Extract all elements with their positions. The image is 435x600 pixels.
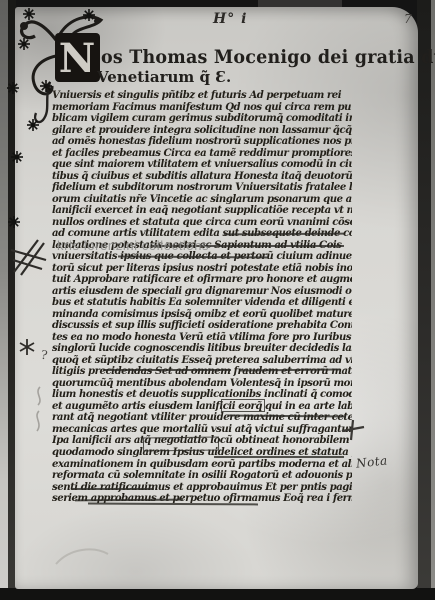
faint-scribble-icon [52,536,112,570]
text-line: nullos ordines et statuta que circa cum … [52,217,352,229]
ink-underline [103,369,231,371]
text-line: memoriam Facimus manifestum Qd nos qui c… [52,101,352,113]
cross-mark-icon [340,418,366,442]
text-line: gilare et prouidere integra solicitudine… [52,124,352,136]
star-ornament-icon [27,119,39,131]
star-ornament-icon [40,80,52,92]
text-line: rant atq̃ negotiant vtiliter prouidere m… [52,412,352,424]
quire-mark: H° i [213,11,247,27]
photo-of-manuscript: H° i 7 N [0,0,435,600]
text-line: fidelium et subditorum nostrorum Vniuers… [52,182,352,194]
photo-border-right [417,0,431,600]
heading-line-2: Venetiarum q̃ Ɛ. [97,68,231,86]
text-line: tes ea no modo honesta Verũ etiã vtilima… [52,332,352,344]
text-line: et faciles prebeamus Circa ea tamẽ reddi… [52,147,352,159]
text-line: bus et statutis habitis Ea solemniter vi… [52,297,352,309]
margin-scribble-icon [30,385,50,433]
ink-box [143,436,219,451]
ink-box [221,399,265,412]
text-line: tuit Approbare ratificare et ofirmare pr… [52,274,352,286]
initial-letter: N [59,35,96,82]
text-line: et augumẽto artis eiusdem lanificii eorq… [52,401,352,413]
text-line: ad omẽs honestas fidelium nostrorũ suppl… [52,136,352,148]
star-ornament-icon [8,216,20,228]
heading-line-1: os Thomas Mocenigo dei gratia dux [101,48,435,69]
text-line: que sint maiorem vtilitatem et vniuersal… [52,159,352,171]
text-line: singlorũ lucide cognoscendis litibus bre… [52,343,352,355]
text-line: artis eiusdem de speciali gra dignaremur… [52,286,352,298]
page-stack-edge [431,0,435,600]
star-ornament-icon [18,38,30,50]
star-ornament-icon [7,82,19,94]
text-line: lium honestis et deuotis supplicationibs… [52,389,352,401]
ink-underline [72,488,154,490]
text-line: discussis et sup illis sufficieti osider… [52,320,352,332]
star-ornament-icon [83,9,95,21]
text-line: quorumcũq̃ mentibus abolendam Volentesq̃… [52,378,352,390]
ink-underline [214,456,344,458]
watermark: kris lorenzini collections [57,238,209,253]
text-line: lanificii exercet in eaq̃ negotiant supp… [52,205,352,217]
text-line: orum ciuitatis nr̃e Vincetie ac singlaru… [52,194,352,206]
asterisk-mark-icon [18,338,36,356]
text-line: examinationem in quibusdam eorũ partibs … [52,458,352,470]
folio-number: 7 [404,12,412,26]
text-line: blicam vigilem curam gerimus subditorumq… [52,113,352,125]
text-line: Vniuersis et singulis pñtibz et futuris … [52,90,352,102]
text-line: reformata cũ solemnitate in osilii Rogat… [52,470,352,482]
text-line: minanda comisimus ipsisq̃ omibz et eorũ … [52,309,352,321]
star-ornament-icon [23,8,35,20]
text-line: tibus q̃ ciuibus et subditis allatura Ho… [52,170,352,182]
photo-border-bottom [0,588,435,600]
star-ornament-icon [11,151,23,163]
x-scribble-icon [8,236,50,280]
text-line: torũ sicut per literas ipsius nostri pot… [52,263,352,275]
text-line: mecanicas artes que mortaliũ vsui atq̃ v… [52,424,352,436]
text-line: quoq̃ et sũptibz ciuitatis Esseq̃ preter… [52,355,352,367]
